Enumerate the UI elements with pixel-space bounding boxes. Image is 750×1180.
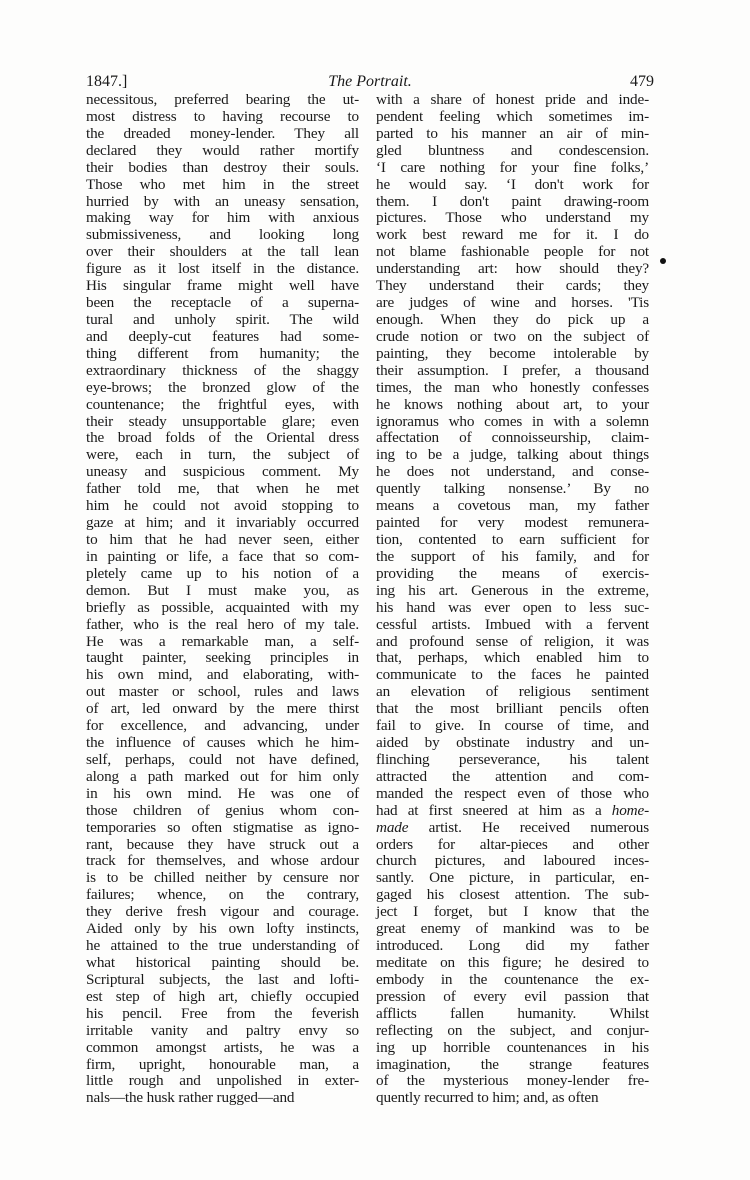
text-line: their steady unsupportable glare; even: [86, 414, 359, 431]
text-line: most distress to having recourse to: [86, 109, 359, 126]
text-line: submissiveness, and looking long: [86, 227, 359, 244]
text-line: his own mind, and elaborating, with-: [86, 667, 359, 684]
text-line: nals—the husk rather rugged—and: [86, 1090, 359, 1107]
text-line: countenance; the frightful eyes, with: [86, 397, 359, 414]
italic-text: made: [376, 819, 408, 836]
text-line: little rough and unpolished in exter-: [86, 1073, 359, 1090]
text-line: uneasy and suspicious comment. My: [86, 464, 359, 481]
text-line: making way for him with anxious: [86, 210, 359, 227]
text-line: along a path marked out for him only: [86, 769, 359, 786]
text-line: figure as it lost itself in the distance…: [86, 261, 359, 278]
text-line: his pencil. Free from the feverish: [86, 1006, 359, 1023]
text-line: what historical painting should be.: [86, 955, 359, 972]
text-line: aided by obstinate industry and un-: [376, 735, 649, 752]
text-line: ignoramus who comes in with a solemn: [376, 414, 649, 431]
text-line: were, each in turn, the subject of: [86, 447, 359, 464]
text-line: orders for altar-pieces and other: [376, 837, 649, 854]
text-line: demon. But I must make you, as: [86, 583, 359, 600]
text-line: pendent feeling which sometimes im-: [376, 109, 649, 126]
text-line: thing different from humanity; the: [86, 346, 359, 363]
text-line: taught painter, seeking principles in: [86, 650, 359, 667]
text-line: track for themselves, and whose ardour: [86, 853, 359, 870]
text-line: gaged his closest attention. The sub-: [376, 887, 649, 904]
text-line: the support of his family, and for: [376, 549, 649, 566]
text-line: common amongst artists, he was a: [86, 1040, 359, 1057]
text-line: that the most brilliant pencils often: [376, 701, 649, 718]
text-line: fail to give. In course of time, and: [376, 718, 649, 735]
text-line: gaze at him; and it invariably occurred: [86, 515, 359, 532]
text-line: his hand was ever open to less suc-: [376, 600, 649, 617]
text-line: painted for very modest remunera-: [376, 515, 649, 532]
text-line: ing his art. Generous in the extreme,: [376, 583, 649, 600]
text-line: Those who met him in the street: [86, 177, 359, 194]
text-line: times, the man who honestly confesses: [376, 380, 649, 397]
text-line: ‘I care nothing for your fine folks,’: [376, 160, 649, 177]
text-line: ing to be a judge, talking about things: [376, 447, 649, 464]
text-line: cessful artists. Imbued with a fervent: [376, 617, 649, 634]
text-line: been the receptacle of a superna-: [86, 295, 359, 312]
text-line: quently recurred to him; and, as often: [376, 1090, 649, 1107]
text-line: painting, they become intolerable by: [376, 346, 649, 363]
text-line: est step of high art, chiefly occupied: [86, 989, 359, 1006]
text-line: temporaries so often stigmatise as igno-: [86, 820, 359, 837]
text-line: over their shoulders at the tall lean: [86, 244, 359, 261]
text-line: church pictures, and laboured inces-: [376, 853, 649, 870]
text-line: and deeply-cut features had some-: [86, 329, 359, 346]
text-line: reflecting on the subject, and conjur-: [376, 1023, 649, 1040]
text-line: hurried by with an uneasy sensation,: [86, 194, 359, 211]
text-line: briefly as possible, acquainted with my: [86, 600, 359, 617]
text-line: declared they would rather mortify: [86, 143, 359, 160]
text-line: understanding art: how should they?: [376, 261, 649, 278]
text-line: for excellence, and advancing, under: [86, 718, 359, 735]
text-line: Aided only by his own lofty instincts,: [86, 921, 359, 938]
text-line: crude notion or two on the subject of: [376, 329, 649, 346]
text-line: pression of every evil passion that: [376, 989, 649, 1006]
text-line: out master or school, rules and laws: [86, 684, 359, 701]
text-line: in his own mind. He was one of: [86, 786, 359, 803]
text-line: enough. When they do pick up a: [376, 312, 649, 329]
text-column-right: with a share of honest pride and inde-pe…: [376, 92, 649, 1107]
text-line: quently talking nonsense.’ By no: [376, 481, 649, 498]
text-line: is to be chilled neither by censure nor: [86, 870, 359, 887]
text-line: meditate on this figure; he desired to: [376, 955, 649, 972]
page-number: 479: [630, 72, 654, 92]
text-line: he does not understand, and conse-: [376, 464, 649, 481]
text-line: providing the means of exercis-: [376, 566, 649, 583]
text-line: father, who is the real hero of my tale.: [86, 617, 359, 634]
text-line: ject I forget, but I know that the: [376, 904, 649, 921]
text-line: means a covetous man, my father: [376, 498, 649, 515]
text-line: in painting or life, a face that so com-: [86, 549, 359, 566]
text-line: ing up horrible countenances in his: [376, 1040, 649, 1057]
text-line: of the mysterious money-lender fre-: [376, 1073, 649, 1090]
text-line: him he could not avoid stopping to: [86, 498, 359, 515]
text-line: afflicts fallen humanity. Whilst: [376, 1006, 649, 1023]
text-line: extraordinary thickness of the shaggy: [86, 363, 359, 380]
text-line: communicate to the faces he painted: [376, 667, 649, 684]
italic-text: home-: [612, 802, 649, 819]
text-line: parted to his manner an air of min-: [376, 126, 649, 143]
running-head: 1847.] The Portrait. 479: [86, 72, 654, 92]
text-line: introduced. Long did my father: [376, 938, 649, 955]
text-line: pletely came up to his notion of a: [86, 566, 359, 583]
text-line: their bodies than destroy their souls.: [86, 160, 359, 177]
text-line: His singular frame might well have: [86, 278, 359, 295]
text-line: that, perhaps, which enabled him to: [376, 650, 649, 667]
text-line: them. I don't paint drawing-room: [376, 194, 649, 211]
text-line: they derive fresh vigour and courage.: [86, 904, 359, 921]
text-line: manded the respect even of those who: [376, 786, 649, 803]
text-line: affectation of connoisseurship, claim-: [376, 430, 649, 447]
text-line: tural and unholy spirit. The wild: [86, 312, 359, 329]
text-line: he attained to the true understanding of: [86, 938, 359, 955]
book-page: 1847.] The Portrait. 479 necessitous, pr…: [0, 0, 750, 1180]
text-line: pictures. Those who understand my: [376, 210, 649, 227]
text-column-left: necessitous, preferred bearing the ut-mo…: [86, 92, 359, 1107]
text-line: self, perhaps, could not have defined,: [86, 752, 359, 769]
text-line: an elevation of religious sentiment: [376, 684, 649, 701]
running-head-title: The Portrait.: [86, 72, 654, 92]
text-line: embody in the countenance the ex-: [376, 972, 649, 989]
text-line: firm, upright, honourable man, a: [86, 1057, 359, 1074]
text-line: he would say. ‘I don't work for: [376, 177, 649, 194]
text-line: failures; whence, on the contrary,: [86, 887, 359, 904]
text-line: the influence of causes which he him-: [86, 735, 359, 752]
text-line: attracted the attention and com-: [376, 769, 649, 786]
text-line: They understand their cards; they: [376, 278, 649, 295]
text-line: those children of genius whom con-: [86, 803, 359, 820]
text-line: santly. One picture, in particular, en-: [376, 870, 649, 887]
text-line: necessitous, preferred bearing the ut-: [86, 92, 359, 109]
text-line: not blame fashionable people for not: [376, 244, 649, 261]
text-line: their assumption. I prefer, a thousand: [376, 363, 649, 380]
text-line: of art, led onward by the mere thirst: [86, 701, 359, 718]
text-line: he knows nothing about art, to your: [376, 397, 649, 414]
text-line: great enemy of mankind was to be: [376, 921, 649, 938]
text-line: with a share of honest pride and inde-: [376, 92, 649, 109]
text-line: imagination, the strange features: [376, 1057, 649, 1074]
text-line: and profound sense of religion, it was: [376, 634, 649, 651]
text-line: to him that he had never seen, either: [86, 532, 359, 549]
text-line: are judges of wine and horses. 'Tis: [376, 295, 649, 312]
text-line: tion, contented to earn sufficient for: [376, 532, 649, 549]
text-line: rant, because they have struck out a: [86, 837, 359, 854]
margin-dot-icon: [660, 258, 666, 264]
text-line: the broad folds of the Oriental dress: [86, 430, 359, 447]
text-line: the dreaded money-lender. They all: [86, 126, 359, 143]
text-line: father told me, that when he met: [86, 481, 359, 498]
text-line: made artist. He received numerous: [376, 820, 649, 837]
text-line: irritable vanity and paltry envy so: [86, 1023, 359, 1040]
text-line: flinching perseverance, his talent: [376, 752, 649, 769]
text-line: had at first sneered at him as a home-: [376, 803, 649, 820]
text-line: He was a remarkable man, a self-: [86, 634, 359, 651]
text-line: eye-brows; the bronzed glow of the: [86, 380, 359, 397]
text-line: work best reward me for it. I do: [376, 227, 649, 244]
text-line: Scriptural subjects, the last and lofti-: [86, 972, 359, 989]
text-line: gled bluntness and condescension.: [376, 143, 649, 160]
